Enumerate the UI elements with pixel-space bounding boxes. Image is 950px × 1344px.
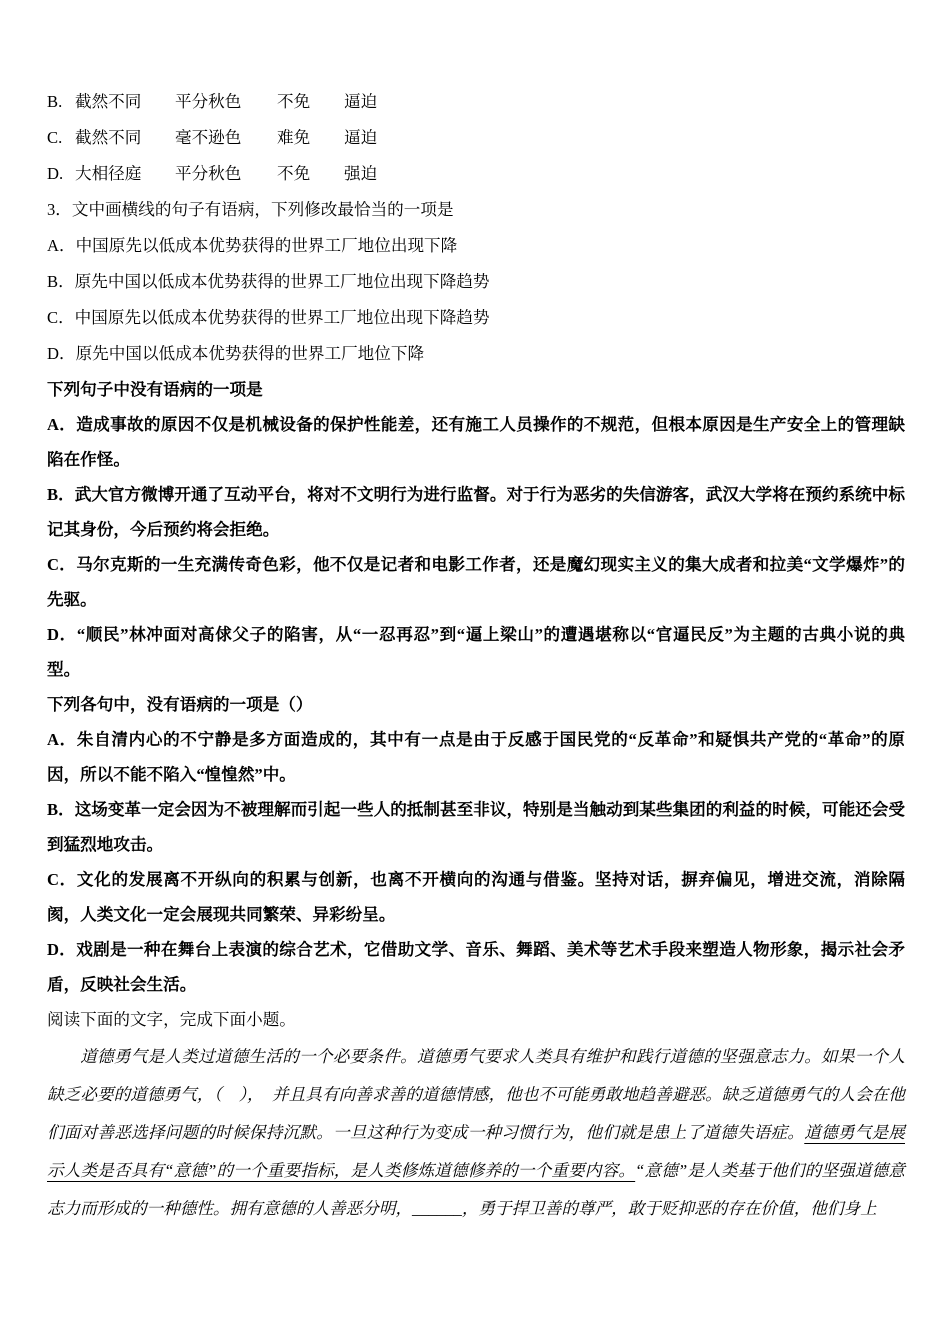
question-4-option-d: D．“顺民”林冲面对高俅父子的陷害，从“一忍再忍”到“逼上梁山”的遭遇堪称以“官… (47, 617, 905, 687)
option-label: C． (47, 308, 75, 327)
option-label: A． (47, 730, 77, 749)
question-5: 下列各句中，没有语病的一项是（） A．朱自清内心的不宁静是多方面造成的，其中有一… (47, 687, 905, 1002)
question-4-option-c: C．马尔克斯的一生充满传奇色彩，他不仅是记者和电影工作者，还是魔幻现实主义的集大… (47, 547, 905, 617)
word-option-row-b: B. 截然不同 平分秋色 不免 逼迫 (47, 84, 905, 120)
question-4-option-a: A．造成事故的原因不仅是机械设备的保护性能差，还有施工人员操作的不规范，但根本原… (47, 407, 905, 477)
word-choice-4: 强迫 (344, 156, 377, 192)
word-choice-1: 截然不同 (75, 84, 175, 120)
word-option-row-d: D. 大相径庭 平分秋色 不免 强迫 (47, 156, 905, 192)
question-4: 下列句子中没有语病的一项是 A．造成事故的原因不仅是机械设备的保护性能差，还有施… (47, 372, 905, 687)
word-choice-4: 逼迫 (344, 120, 377, 156)
word-choice-3: 难免 (277, 120, 344, 156)
question-5-option-b: B．这场变革一定会因为不被理解而引起一些人的抵制甚至非议，特别是当触动到某些集团… (47, 792, 905, 862)
option-label: B. (47, 84, 75, 120)
option-label: C． (47, 870, 77, 889)
option-text: 武大官方微博开通了互动平台，将对不文明行为进行监督。对于行为恶劣的失信游客，武汉… (47, 485, 905, 539)
word-choice-3: 不免 (277, 84, 344, 120)
word-choice-2: 平分秋色 (175, 84, 277, 120)
exam-page: B. 截然不同 平分秋色 不免 逼迫 C. 截然不同 毫不逊色 难免 逼迫 D.… (0, 0, 950, 1344)
option-text: 中国原先以低成本优势获得的世界工厂地位出现下降趋势 (75, 308, 490, 327)
option-text: 原先中国以低成本优势获得的世界工厂地位出现下降趋势 (75, 272, 490, 291)
question-5-option-d: D．戏剧是一种在舞台上表演的综合艺术，它借助文学、音乐、舞蹈、美术等艺术手段来塑… (47, 932, 905, 1002)
option-text: “顺民”林冲面对高俅父子的陷害，从“一忍再忍”到“逼上梁山”的遭遇堪称以“官逼民… (47, 625, 905, 679)
question-5-option-a: A．朱自清内心的不宁静是多方面造成的，其中有一点是由于反感于国民党的“反革命”和… (47, 722, 905, 792)
question-3-option-d: D．原先中国以低成本优势获得的世界工厂地位下降 (47, 336, 905, 372)
question-3: 3．文中画横线的句子有语病，下列修改最恰当的一项是 A．中国原先以低成本优势获得… (47, 192, 905, 372)
option-label: A． (47, 415, 76, 434)
option-text: 造成事故的原因不仅是机械设备的保护性能差，还有施工人员操作的不规范，但根本原因是… (47, 415, 905, 469)
word-choice-2: 毫不逊色 (175, 120, 277, 156)
option-label: C. (47, 120, 75, 156)
option-label: D. (47, 156, 75, 192)
question-4-stem: 下列句子中没有语病的一项是 (47, 372, 905, 407)
option-text: 原先中国以低成本优势获得的世界工厂地位下降 (76, 344, 424, 363)
question-3-option-a: A．中国原先以低成本优势获得的世界工厂地位出现下降 (47, 228, 905, 264)
reading-passage: 道德勇气是人类过道德生活的一个必要条件。道德勇气要求人类具有维护和践行道德的坚强… (47, 1038, 905, 1228)
word-choice-4: 逼迫 (344, 84, 377, 120)
option-label: B． (47, 272, 75, 291)
option-text: 中国原先以低成本优势获得的世界工厂地位出现下降 (76, 236, 458, 255)
question-5-stem: 下列各句中，没有语病的一项是（） (47, 687, 905, 722)
option-label: D． (47, 344, 76, 363)
option-text: 马尔克斯的一生充满传奇色彩，他不仅是记者和电影工作者，还是魔幻现实主义的集大成者… (47, 555, 905, 609)
option-label: D． (47, 940, 76, 959)
word-option-row-c: C. 截然不同 毫不逊色 难免 逼迫 (47, 120, 905, 156)
question-3-option-b: B．原先中国以低成本优势获得的世界工厂地位出现下降趋势 (47, 264, 905, 300)
option-label: A． (47, 236, 76, 255)
reading-instruction: 阅读下面的文字，完成下面小题。 (47, 1002, 905, 1038)
option-text: 文化的发展离不开纵向的积累与创新，也离不开横向的沟通与借鉴。坚持对话，摒弃偏见，… (47, 870, 905, 924)
option-text: 朱自清内心的不宁静是多方面造成的，其中有一点是由于反感于国民党的“反革命”和疑惧… (47, 730, 905, 784)
option-label: D． (47, 625, 77, 644)
question-3-option-c: C．中国原先以低成本优势获得的世界工厂地位出现下降趋势 (47, 300, 905, 336)
question-5-option-c: C．文化的发展离不开纵向的积累与创新，也离不开横向的沟通与借鉴。坚持对话，摒弃偏… (47, 862, 905, 932)
option-text: 戏剧是一种在舞台上表演的综合艺术，它借助文学、音乐、舞蹈、美术等艺术手段来塑造人… (47, 940, 905, 994)
option-label: B． (47, 800, 75, 819)
option-label: C． (47, 555, 76, 574)
word-choice-2: 平分秋色 (175, 156, 277, 192)
word-choice-1: 截然不同 (75, 120, 175, 156)
word-choice-3: 不免 (277, 156, 344, 192)
word-choice-1: 大相径庭 (75, 156, 175, 192)
question-3-stem: 3．文中画横线的句子有语病，下列修改最恰当的一项是 (47, 192, 905, 228)
option-label: B． (47, 485, 75, 504)
question-4-option-b: B．武大官方微博开通了互动平台，将对不文明行为进行监督。对于行为恶劣的失信游客，… (47, 477, 905, 547)
option-text: 这场变革一定会因为不被理解而引起一些人的抵制甚至非议，特别是当触动到某些集团的利… (47, 800, 905, 854)
